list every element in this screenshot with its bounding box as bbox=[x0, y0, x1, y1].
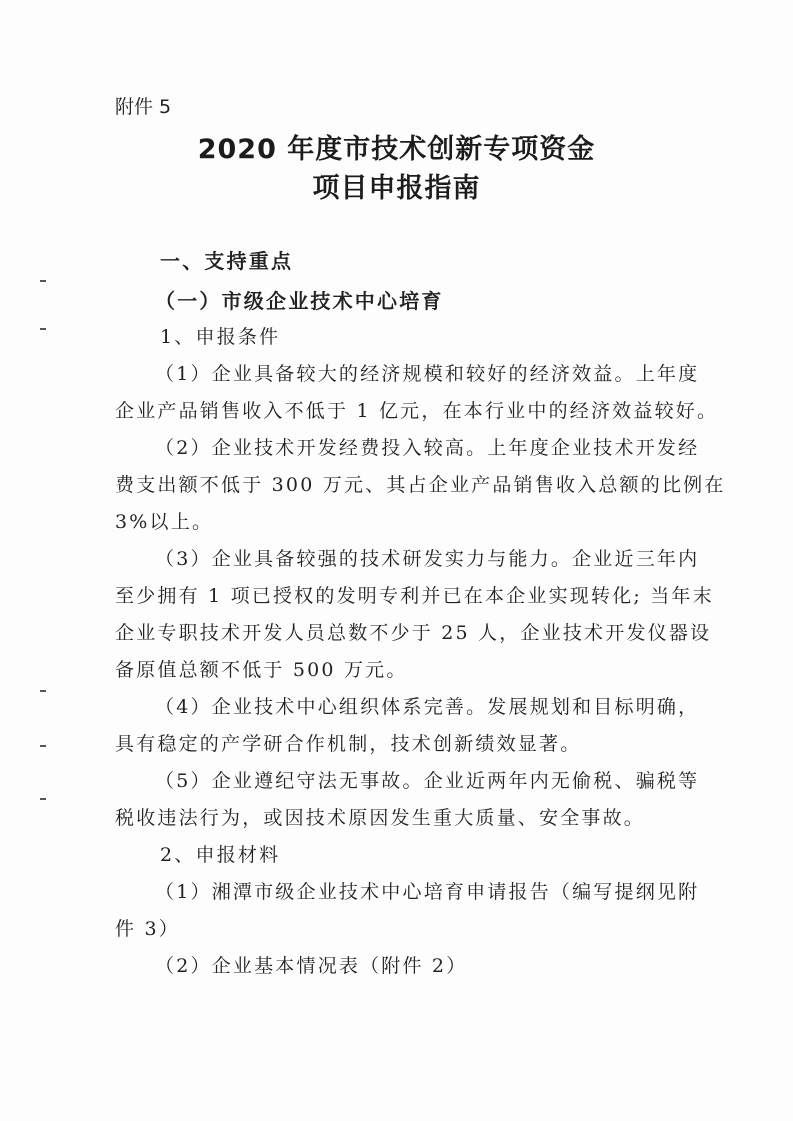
section-heading: 一、支持重点 bbox=[160, 245, 293, 274]
scan-artifact bbox=[40, 798, 46, 800]
document-title-line1: 2020 年度市技术创新专项资金 bbox=[0, 127, 793, 166]
paragraph-line: （1）企业具备较大的经济规模和较好的经济效益。上年度 bbox=[155, 359, 699, 386]
document-page: 附件 5 2020 年度市技术创新专项资金 项目申报指南 一、支持重点 （一）市… bbox=[0, 0, 793, 1121]
paragraph-line: 企业产品销售收入不低于 1 亿元，在本行业中的经济效益较好。 bbox=[115, 396, 718, 423]
paragraph-line: 费支出额不低于 300 万元、其占企业产品销售收入总额的比例在 bbox=[115, 470, 726, 497]
paragraph-line: 具有稳定的产学研合作机制，技术创新绩效显著。 bbox=[115, 729, 581, 756]
paragraph-line: （2）企业基本情况表（附件 2） bbox=[155, 951, 467, 978]
paragraph-line: （1）湘潭市级企业技术中心培育申请报告（编写提纲见附 bbox=[155, 877, 699, 904]
scan-artifact bbox=[40, 280, 46, 282]
paragraph-line: 企业专职技术开发人员总数不少于 25 人，企业技术开发仪器设 bbox=[115, 618, 711, 645]
paragraph-line: （5）企业遵纪守法无事故。企业近两年内无偷税、骗税等 bbox=[155, 766, 699, 793]
conditions-heading: 1、申报条件 bbox=[160, 322, 280, 349]
subsection-heading: （一）市级企业技术中心培育 bbox=[155, 285, 444, 314]
paragraph-line: 税收违法行为，或因技术原因发生重大质量、安全事故。 bbox=[115, 803, 645, 830]
scan-artifact bbox=[40, 745, 46, 747]
paragraph-line: 3%以上。 bbox=[115, 507, 213, 534]
paragraph-line: 备原值总额不低于 500 万元。 bbox=[115, 655, 408, 682]
paragraph-line: 至少拥有 1 项已授权的发明专利并已在本企业实现转化; 当年末 bbox=[115, 581, 714, 608]
paragraph-line: （4）企业技术中心组织体系完善。发展规划和目标明确， bbox=[155, 692, 699, 719]
document-title-line2: 项目申报指南 bbox=[0, 166, 793, 205]
paragraph-line: 件 3） bbox=[115, 914, 180, 941]
scan-artifact bbox=[40, 328, 46, 330]
annex-label: 附件 5 bbox=[115, 92, 171, 119]
paragraph-line: （3）企业具备较强的技术研发实力与能力。企业近三年内 bbox=[155, 544, 699, 571]
paragraph-line: （2）企业技术开发经费投入较高。上年度企业技术开发经 bbox=[155, 433, 699, 460]
scan-artifact bbox=[40, 690, 46, 692]
materials-heading: 2、申报材料 bbox=[160, 840, 280, 867]
